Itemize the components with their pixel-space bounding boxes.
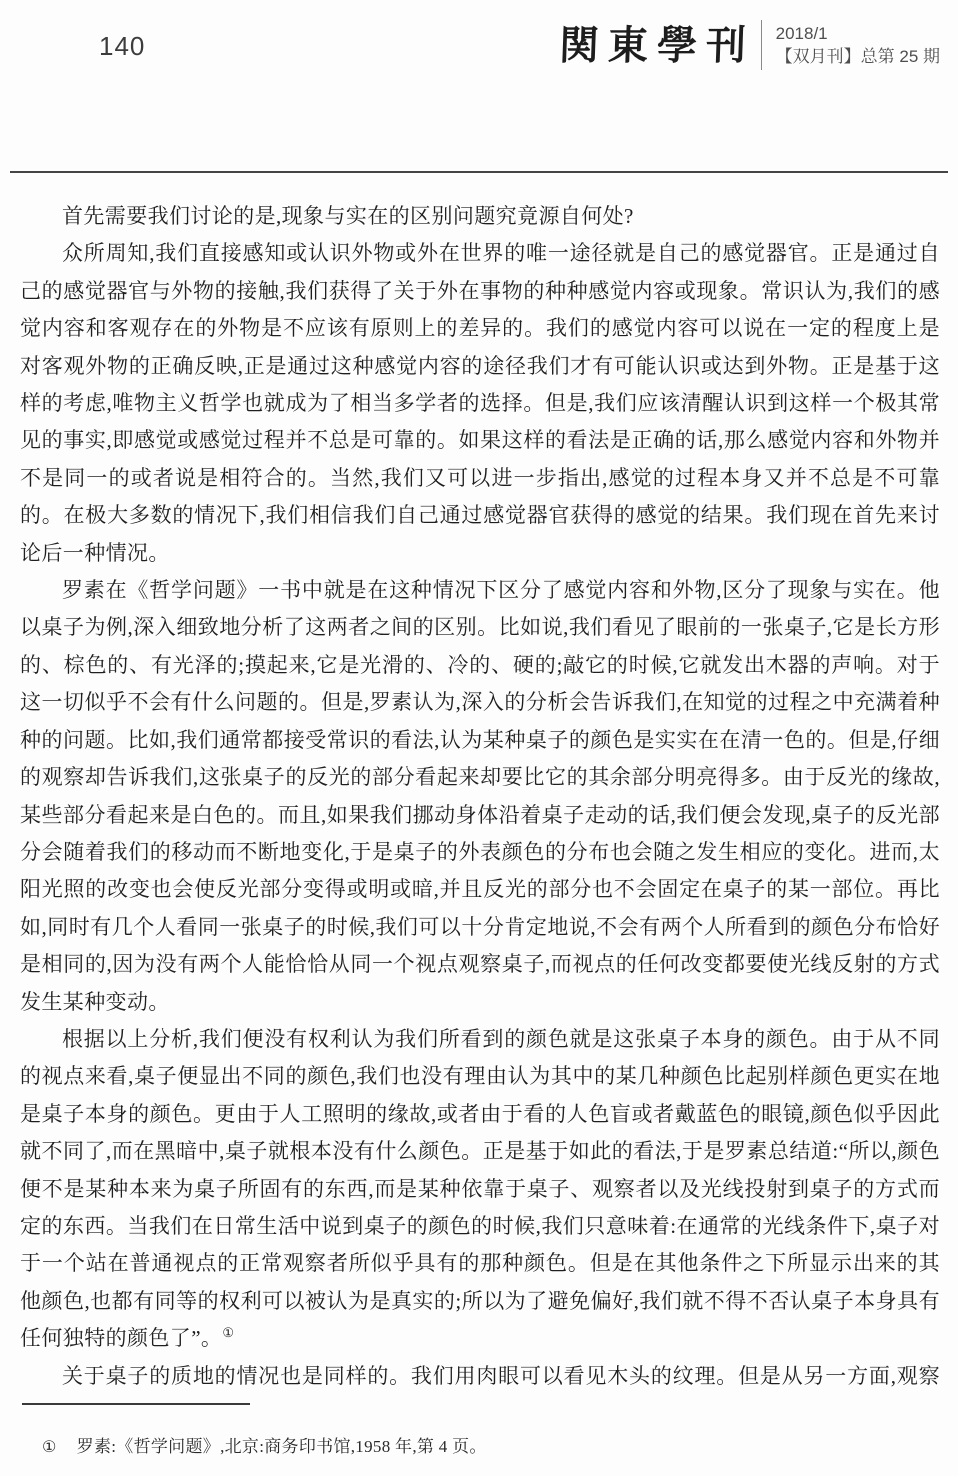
issue-number: 【双月刊】总第 25 期 (776, 45, 940, 68)
footnote-rule (22, 1403, 250, 1405)
issue-year: 2018/1 (776, 22, 940, 45)
masthead: 関東學刊 2018/1 【双月刊】总第 25 期 (559, 20, 940, 70)
paragraph: 罗素在《哲学问题》一书中就是在这种情况下区分了感觉内容和外物,区分了现象与实在。… (20, 572, 940, 1021)
paragraph: 首先需要我们讨论的是,现象与实在的区别问题究竟源自何处? (20, 198, 940, 235)
journal-page: 140 関東學刊 2018/1 【双月刊】总第 25 期 首先需要我们讨论的是,… (0, 0, 958, 1476)
footnote-text: 罗素:《哲学问题》,北京:商务印书馆,1958 年,第 4 页。 (77, 1437, 487, 1456)
paragraph: 众所周知,我们直接感知或认识外物或外在世界的唯一途径就是自己的感觉器官。正是通过… (20, 235, 940, 572)
page-number: 140 (99, 31, 145, 62)
issue-info: 2018/1 【双月刊】总第 25 期 (776, 22, 940, 68)
journal-title: 関東學刊 (558, 24, 755, 66)
page-header: 140 関東學刊 2018/1 【双月刊】总第 25 期 (0, 0, 958, 171)
masthead-divider (761, 20, 762, 70)
footnote-marker: ① (42, 1437, 57, 1457)
paragraph: 根据以上分析,我们便没有权利认为我们所看到的颜色就是这张桌子本身的颜色。由于从不… (20, 1021, 940, 1358)
paragraph-text: 根据以上分析,我们便没有权利认为我们所看到的颜色就是这张桌子本身的颜色。由于从不… (20, 1027, 940, 1350)
footnote: ①罗素:《哲学问题》,北京:商务印书馆,1958 年,第 4 页。 (42, 1432, 928, 1457)
footnote-reference-superscript: ① (222, 1325, 234, 1340)
header-rule (10, 171, 948, 173)
footnote-area: ①罗素:《哲学问题》,北京:商务印书馆,1958 年,第 4 页。 (0, 1396, 958, 1476)
article-body: 首先需要我们讨论的是,现象与实在的区别问题究竟源自何处? 众所周知,我们直接感知… (20, 198, 940, 1470)
